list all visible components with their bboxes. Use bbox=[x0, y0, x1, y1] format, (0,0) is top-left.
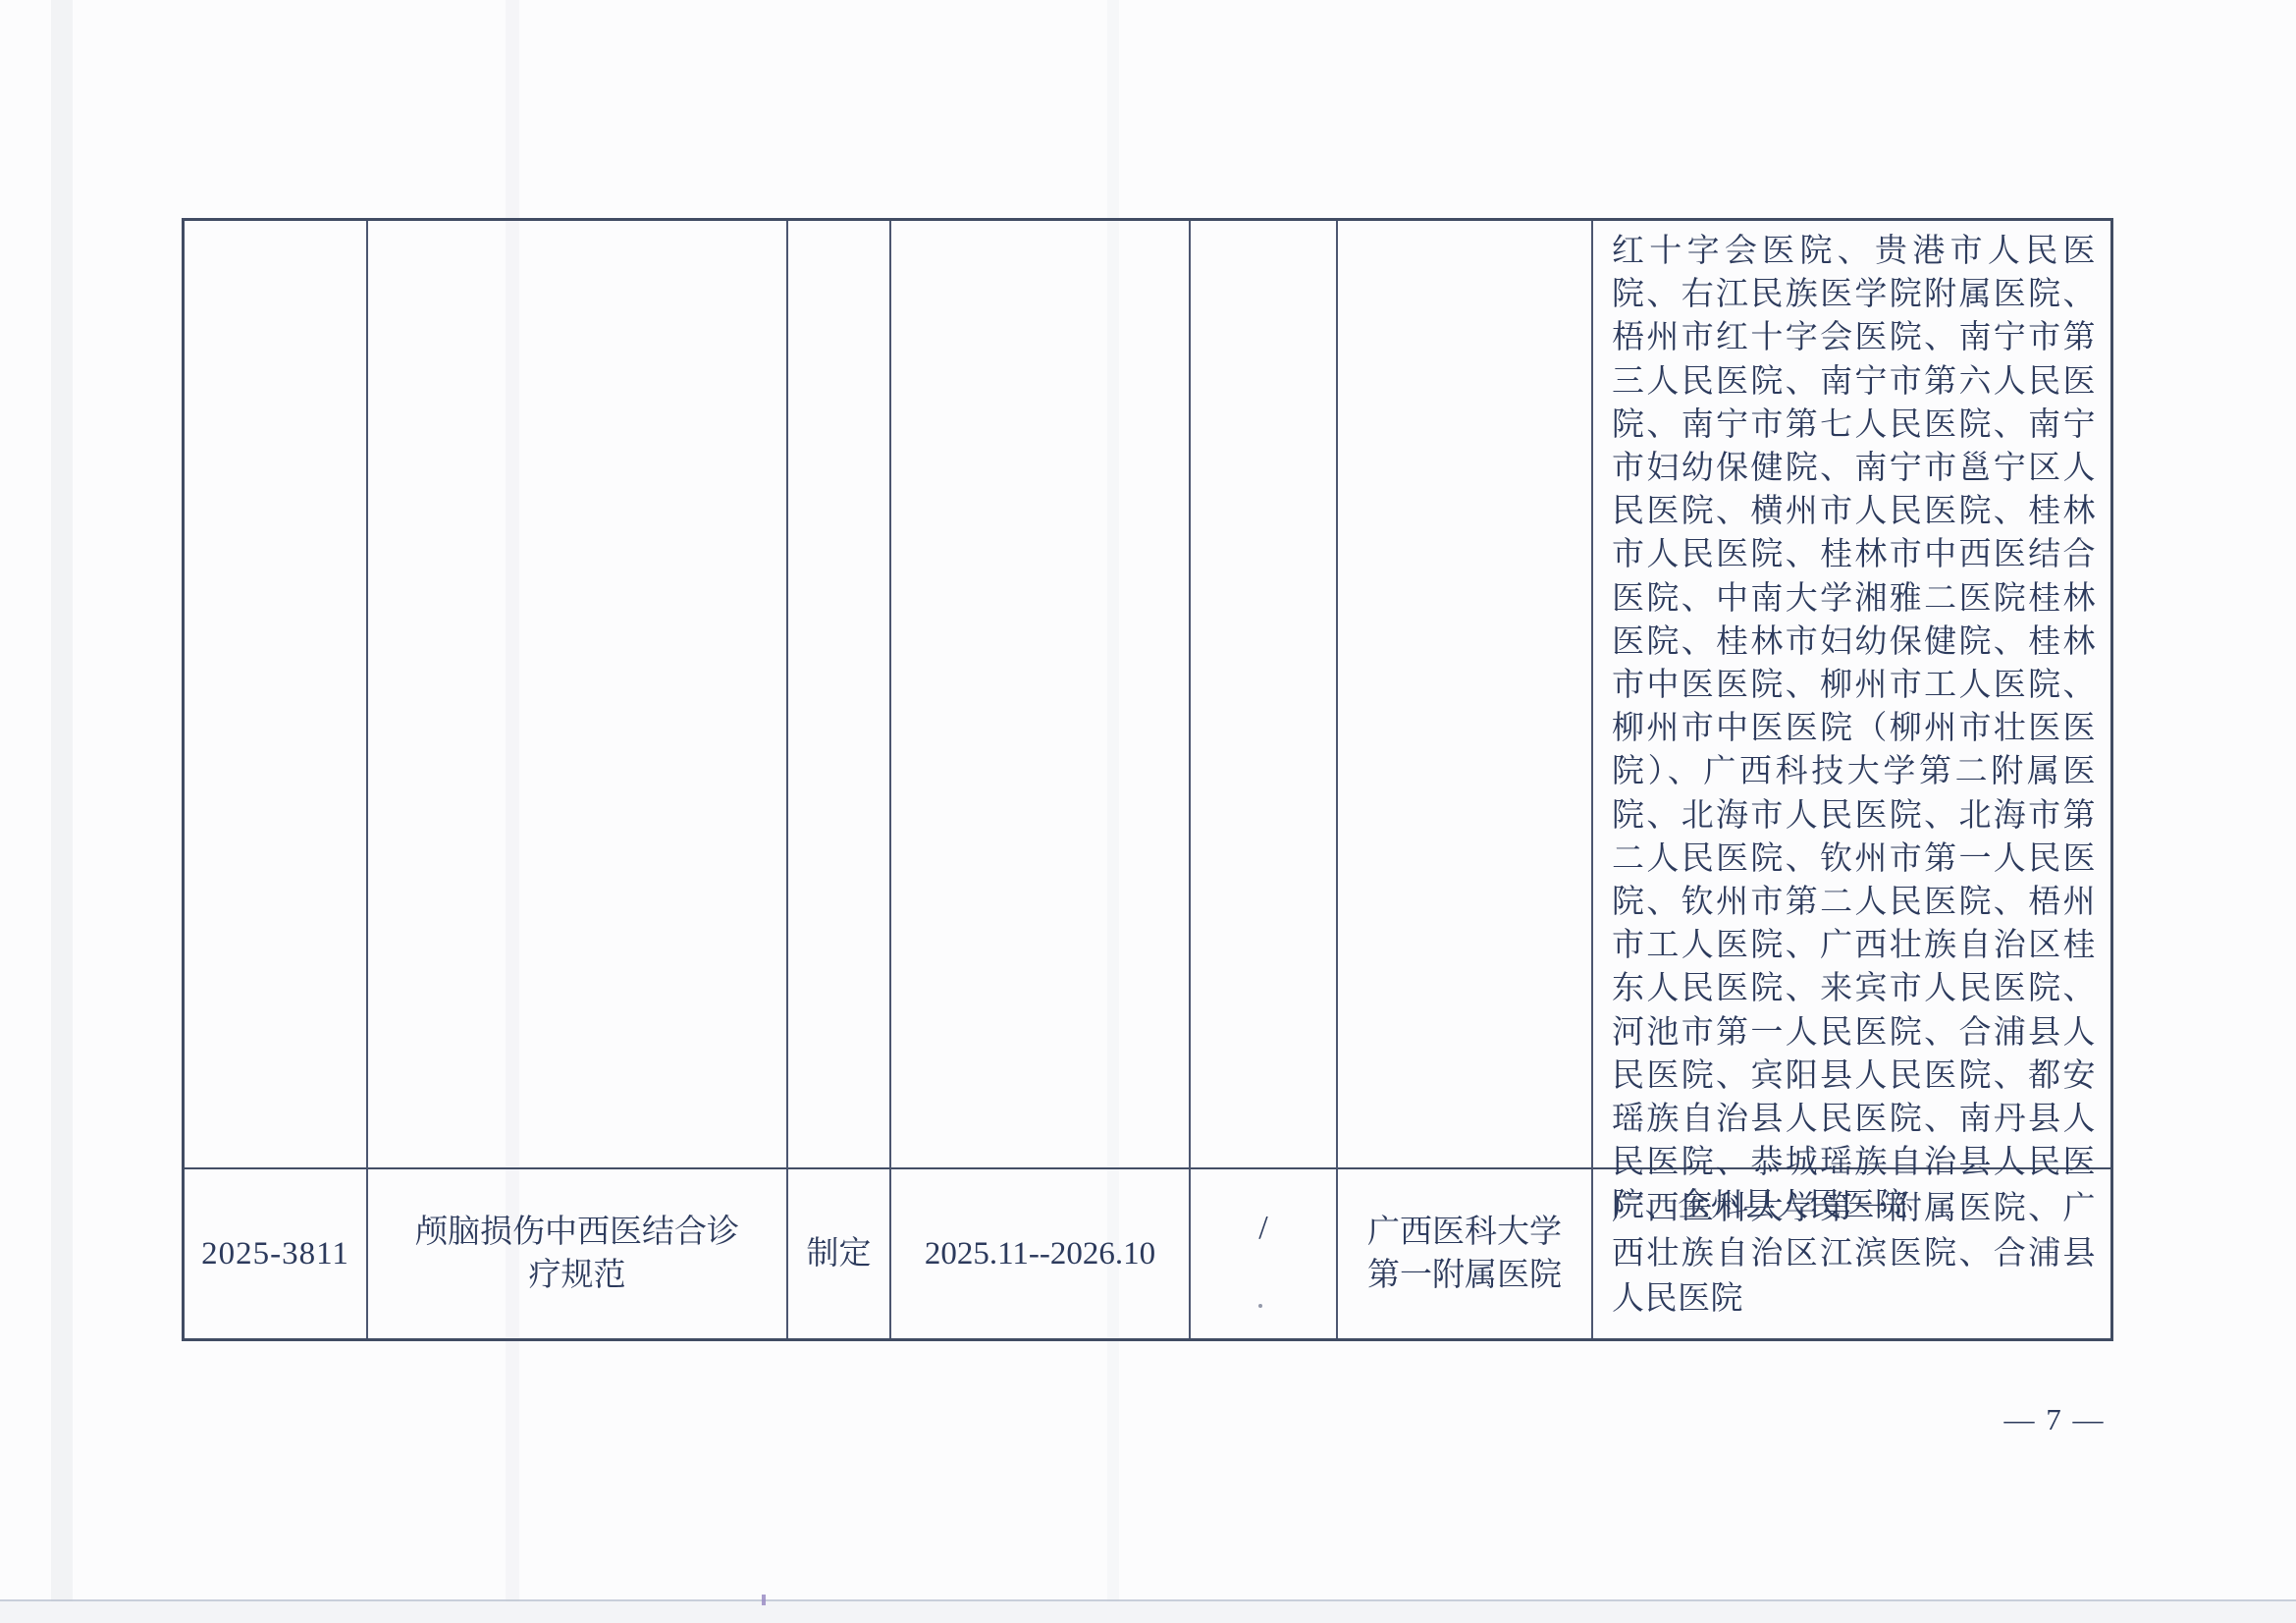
scan-streak bbox=[51, 0, 73, 1623]
scanned-document-page: 红十字会医院、贵港市人民医院、右江民族医学院附属医院、梧州市红十字会医院、南宁市… bbox=[0, 0, 2296, 1623]
cell-participating-units-row2: 广西医科大学第一附属医院、广西壮族自治区江滨医院、合浦县人民医院 bbox=[1593, 1169, 2110, 1338]
scan-speck bbox=[1258, 1304, 1262, 1308]
period-value: 2025.11--2026.10 bbox=[925, 1232, 1155, 1275]
cell-period-row2: 2025.11--2026.10 bbox=[891, 1169, 1191, 1338]
participating-units-value: 广西医科大学第一附属医院、广西壮族自治区江滨医院、合浦县人民医院 bbox=[1612, 1186, 2096, 1322]
cell-project-id-row2: 2025-3811 bbox=[185, 1169, 368, 1338]
cell-project-id-row1 bbox=[185, 221, 368, 1169]
page-number: — 7 — bbox=[1981, 1402, 2128, 1437]
projects-table: 红十字会医院、贵港市人民医院、右江民族医学院附属医院、梧州市红十字会医院、南宁市… bbox=[182, 218, 2113, 1341]
scan-bottom-margin bbox=[0, 1601, 2296, 1623]
cell-project-title-row2: 颅脑损伤中西医结合诊疗规范 bbox=[368, 1169, 788, 1338]
project-title-value: 颅脑损伤中西医结合诊疗规范 bbox=[400, 1211, 755, 1297]
cell-participating-units-row1: 红十字会医院、贵港市人民医院、右江民族医学院附属医院、梧州市红十字会医院、南宁市… bbox=[1593, 221, 2110, 1169]
funding-value: / bbox=[1258, 1207, 1267, 1250]
cell-period-row1 bbox=[891, 221, 1191, 1169]
cell-revision-type-row1 bbox=[788, 221, 891, 1169]
cell-lead-unit-row1 bbox=[1338, 221, 1593, 1169]
lead-unit-value: 广西医科大学第一附属医院 bbox=[1361, 1211, 1569, 1297]
project-id-value: 2025-3811 bbox=[201, 1232, 349, 1275]
scan-mark bbox=[762, 1595, 766, 1605]
participating-units-value: 红十字会医院、贵港市人民医院、右江民族医学院附属医院、梧州市红十字会医院、南宁市… bbox=[1612, 230, 2096, 1228]
cell-revision-type-row2: 制定 bbox=[788, 1169, 891, 1338]
revision-type-value: 制定 bbox=[807, 1232, 872, 1275]
cell-lead-unit-row2: 广西医科大学第一附属医院 bbox=[1338, 1169, 1593, 1338]
cell-funding-row2: / bbox=[1191, 1169, 1338, 1338]
cell-funding-row1 bbox=[1191, 221, 1338, 1169]
cell-project-title-row1 bbox=[368, 221, 788, 1169]
